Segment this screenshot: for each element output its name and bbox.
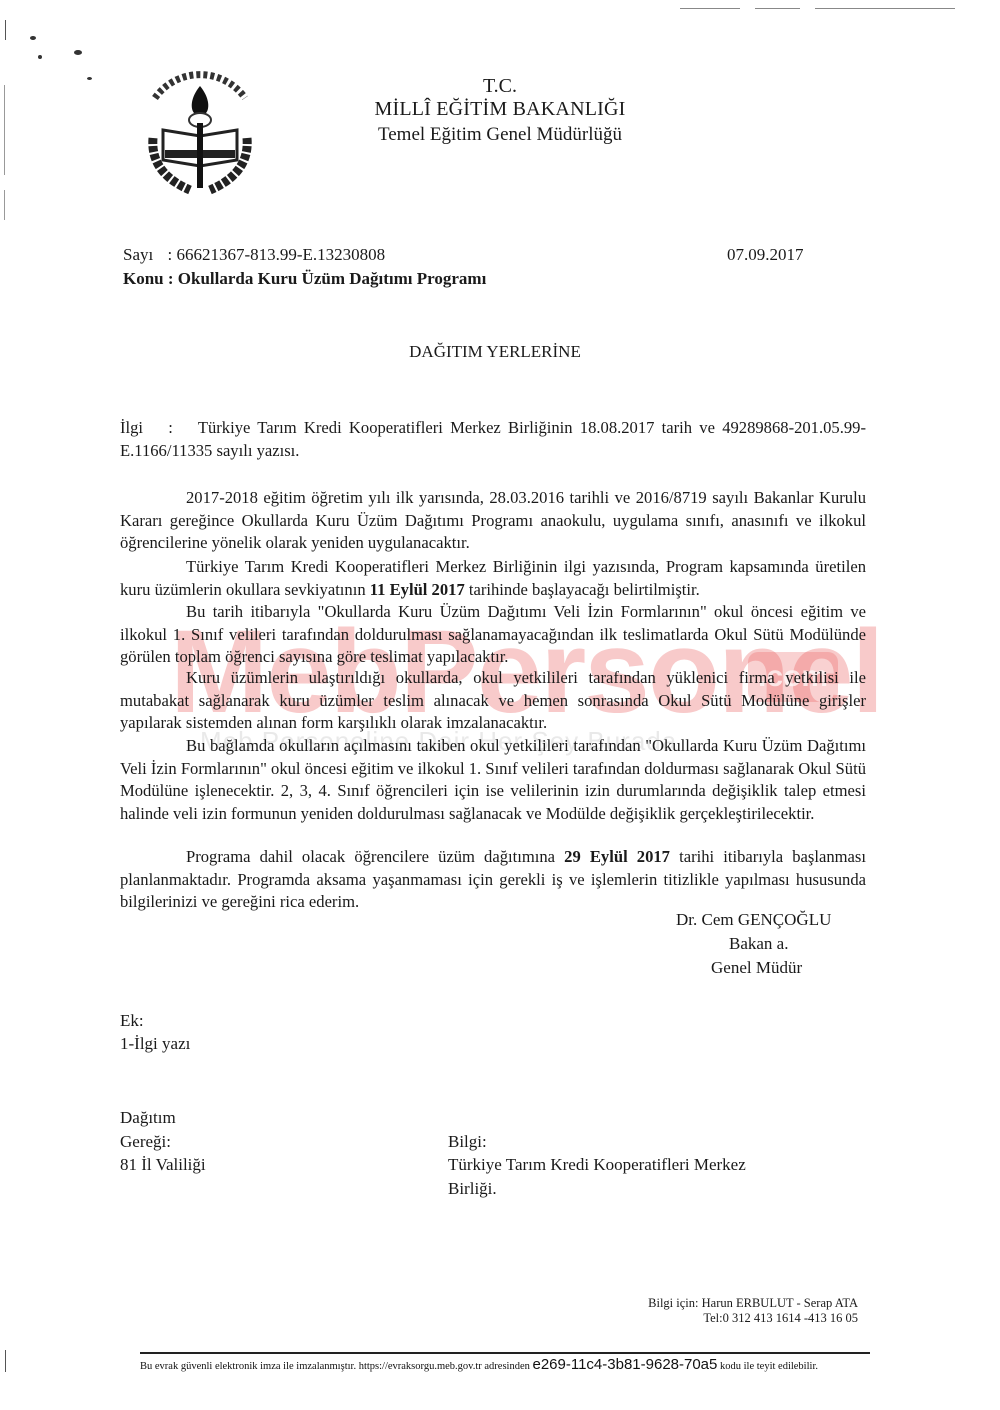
scan-top-line	[755, 8, 800, 9]
attachments-label: Ek:	[120, 1011, 144, 1031]
scan-edge-mark	[4, 190, 5, 220]
scan-speck	[38, 55, 42, 59]
reference-separator: :	[168, 418, 173, 437]
scan-speck	[87, 77, 92, 80]
distribution-label: Dağıtım	[120, 1108, 176, 1128]
scan-speck	[74, 50, 82, 55]
paragraph-3-text: Bu tarih itibarıyla "Okullarda Kuru Üzüm…	[120, 602, 866, 666]
reference-text: Türkiye Tarım Kredi Kooperatifleri Merke…	[120, 418, 866, 460]
scan-edge-mark	[5, 20, 6, 40]
contact-phone: Tel:0 312 413 1614 -413 16 05	[648, 1311, 858, 1326]
number-label: Sayı	[123, 245, 153, 264]
contact-info: Bilgi için: Harun ERBULUT - Serap ATA Te…	[648, 1296, 858, 1326]
paragraph-6-text-a: Programa dahil olacak öğrencilere üzüm d…	[186, 847, 564, 866]
paragraph-5-text: Bu bağlamda okulların açılmasını takiben…	[120, 736, 866, 823]
paragraph-2-date: 11 Eylül 2017	[370, 580, 465, 599]
scan-top-line	[680, 8, 740, 9]
footer-divider	[140, 1352, 870, 1354]
footer-text-after: kodu ile teyit edilebilir.	[717, 1361, 818, 1372]
document-subject: Konu : Okullarda Kuru Üzüm Dağıtımı Prog…	[123, 269, 486, 289]
scan-edge-mark	[4, 85, 5, 175]
signatory-title: Genel Müdür	[711, 958, 802, 978]
attachment-item[interactable]: 1-İlgi yazı	[120, 1034, 190, 1054]
paragraph-1-text: 2017-2018 eğitim öğretim yılı ilk yarısı…	[120, 488, 866, 552]
paragraph-6-date: 29 Eylül 2017	[564, 847, 670, 866]
scan-top-line	[815, 8, 955, 9]
contact-persons: Bilgi için: Harun ERBULUT - Serap ATA	[648, 1296, 858, 1311]
header-department: Temel Eğitim Genel Müdürlüğü	[360, 124, 640, 146]
document-number: Sayı : 66621367-813.99-E.13230808	[123, 245, 385, 265]
signatory-name: Dr. Cem GENÇOĞLU	[676, 910, 831, 930]
subject-value: Okullarda Kuru Üzüm Dağıtımı Programı	[178, 269, 487, 288]
paragraph-2-text-b: tarihinde başlayacağı belirtilmiştir.	[465, 580, 700, 599]
paragraph-1: 2017-2018 eğitim öğretim yılı ilk yarısı…	[120, 487, 866, 555]
distribution-info-label: Bilgi:	[448, 1132, 487, 1152]
e-signature-footer: Bu evrak güvenli elektronik imza ile imz…	[140, 1356, 870, 1373]
header-ministry: MİLLÎ EĞİTİM BAKANLIĞI	[360, 98, 640, 121]
distribution-info-item: Türkiye Tarım Kredi Kooperatifleri Merke…	[448, 1155, 746, 1175]
scan-speck	[30, 36, 36, 40]
subject-label: Konu :	[123, 269, 174, 288]
paragraph-2: Türkiye Tarım Kredi Kooperatifleri Merke…	[120, 556, 866, 601]
distribution-info-item: Birliği.	[448, 1179, 497, 1199]
document-date: 07.09.2017	[727, 245, 804, 265]
signatory-on-behalf: Bakan a.	[729, 934, 788, 954]
distribution-action-item: 81 İl Valiliği	[120, 1155, 206, 1175]
distribution-action-label: Gereği:	[120, 1132, 171, 1152]
verification-code: e269-11c4-3b81-9628-70a5	[533, 1356, 718, 1373]
paragraph-5: Bu bağlamda okulların açılmasını takiben…	[120, 735, 866, 825]
paragraph-6: Programa dahil olacak öğrencilere üzüm d…	[120, 846, 866, 914]
addressee-heading: DAĞITIM YERLERİNE	[110, 342, 880, 362]
number-value: : 66621367-813.99-E.13230808	[167, 245, 385, 264]
footer-text-before: Bu evrak güvenli elektronik imza ile imz…	[140, 1361, 533, 1372]
paragraph-4: Kuru üzümlerin ulaştırıldığı okullarda, …	[120, 667, 866, 735]
meb-seal-logo-icon	[135, 68, 265, 198]
reference-label: İlgi	[120, 418, 143, 437]
scan-edge-mark	[5, 1350, 6, 1372]
paragraph-4-text: Kuru üzümlerin ulaştırıldığı okullarda, …	[120, 668, 866, 732]
paragraph-3: Bu tarih itibarıyla "Okullarda Kuru Üzüm…	[120, 601, 866, 669]
reference: İlgi : Türkiye Tarım Kredi Kooperatifler…	[120, 417, 866, 462]
header-country: T.C.	[360, 75, 640, 98]
